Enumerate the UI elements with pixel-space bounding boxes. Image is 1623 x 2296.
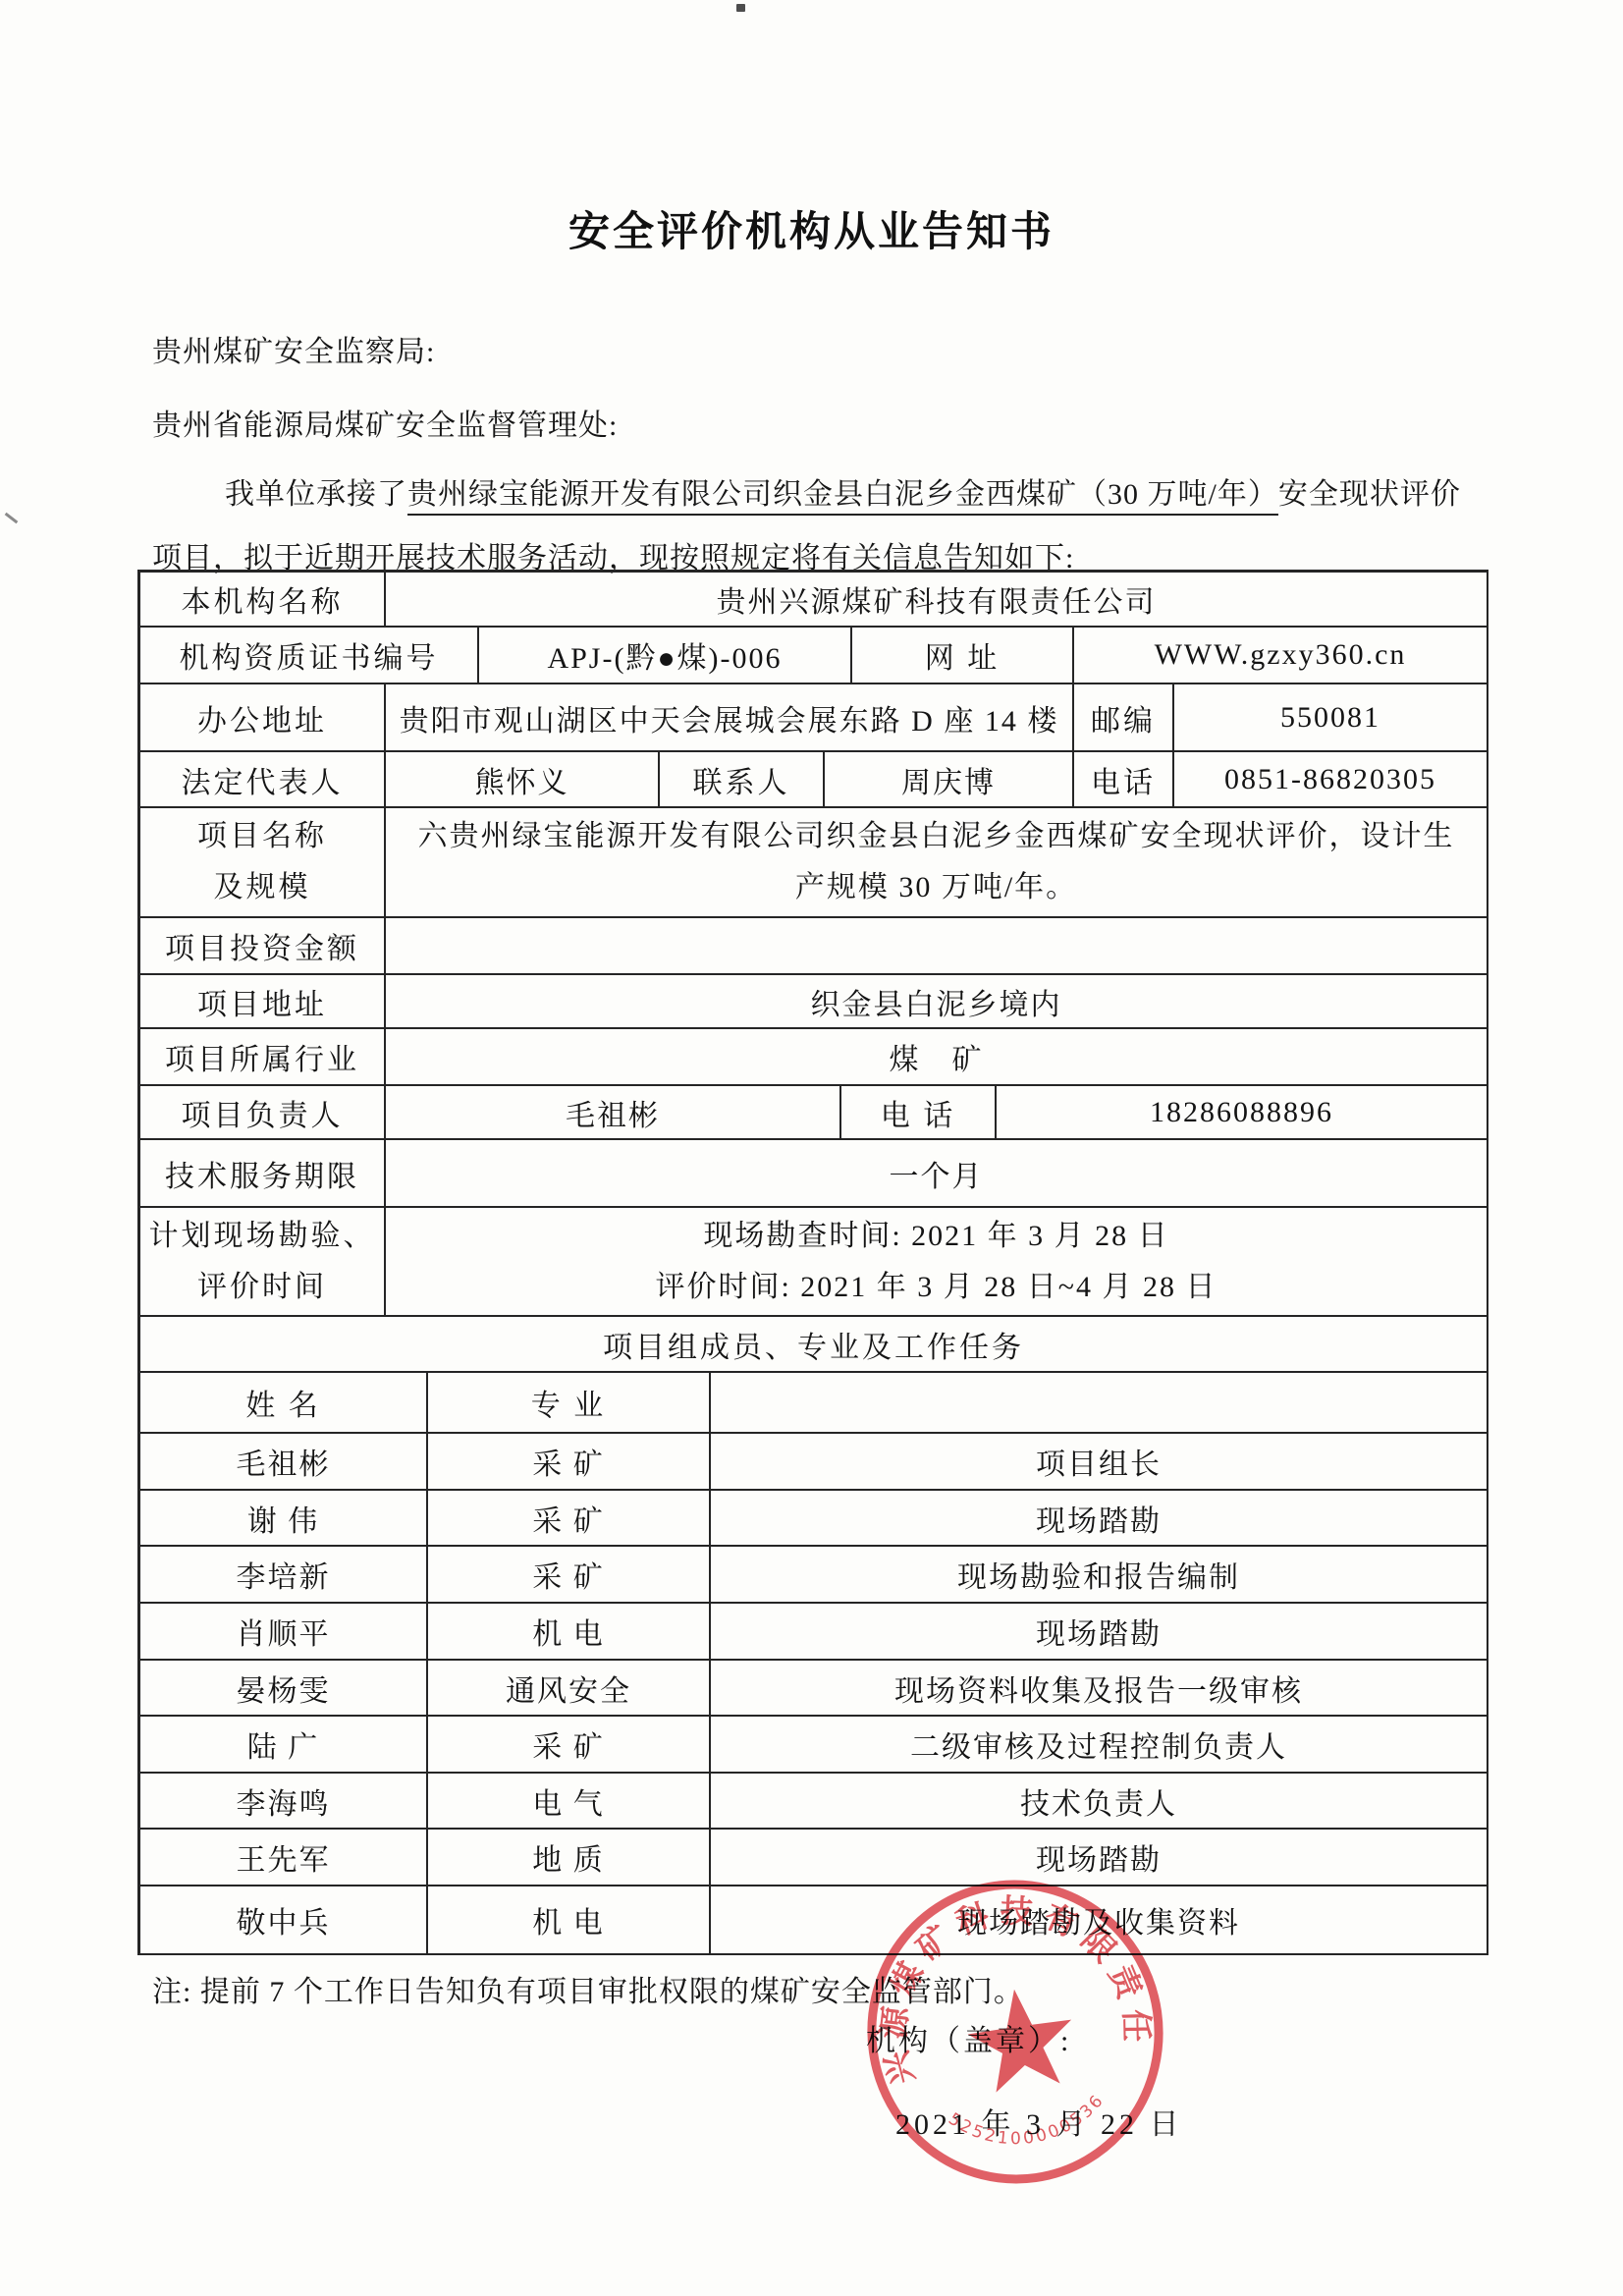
cell-legal-value: 熊怀义 — [386, 752, 660, 808]
cell-zip-value: 550081 — [1174, 684, 1488, 752]
intro-suffix: 安全现状评价 — [1278, 478, 1461, 511]
scanned-document: { "doc": { "title": "安全评价机构从业告知书", "reci… — [0, 0, 1623, 2296]
project-label-line1: 项目名称 — [197, 811, 327, 862]
cell-project-address-value: 织金县白泥乡境内 — [386, 975, 1488, 1029]
cell-service-term-value: 一个月 — [386, 1140, 1488, 1208]
company-seal-stamp: 贵州兴源煤矿科技有限责任公司 5252100000536 — [862, 1874, 1168, 2190]
member-name: 陆 广 — [140, 1717, 428, 1774]
member-major: 机 电 — [428, 1604, 711, 1661]
member-major: 机 电 — [428, 1886, 711, 1955]
cell-project-address-label: 项目地址 — [140, 975, 386, 1029]
member-name: 毛祖彬 — [140, 1434, 428, 1491]
member-major: 地 质 — [428, 1830, 711, 1886]
cell-industry-value: 煤 矿 — [386, 1029, 1488, 1086]
cell-service-term-label: 技术服务期限 — [140, 1140, 386, 1208]
plan-label-line2: 评价时间 — [197, 1262, 327, 1313]
member-task: 现场勘验和报告编制 — [711, 1547, 1488, 1604]
member-name: 王先军 — [140, 1830, 428, 1886]
cell-investment-label: 项目投资金额 — [140, 918, 386, 975]
cell-cert-value: APJ-(黔●煤)-006 — [479, 628, 852, 684]
cell-leader-value: 毛祖彬 — [386, 1086, 841, 1140]
plan-label-line1: 计划现场勘验、 — [149, 1211, 376, 1262]
cell-contact-value: 周庆博 — [825, 752, 1074, 808]
member-major: 采 矿 — [428, 1717, 711, 1774]
document-title: 安全评价机构从业告知书 — [0, 199, 1623, 258]
cell-website-label: 网 址 — [852, 628, 1074, 684]
project-value-line2: 产规模 30 万吨/年。 — [795, 862, 1077, 913]
recipient-line-2: 贵州省能源局煤矿安全监督管理处: — [152, 401, 618, 444]
cell-team-section-header: 项目组成员、专业及工作任务 — [140, 1317, 1488, 1373]
svg-text:5252100000536: 5252100000536 — [943, 2088, 1113, 2159]
member-name: 敬中兵 — [140, 1886, 428, 1955]
cell-office-label: 办公地址 — [140, 684, 386, 752]
seal-star-icon — [962, 1982, 1080, 2095]
cell-org-name-value: 贵州兴源煤矿科技有限责任公司 — [386, 573, 1488, 628]
member-major: 采 矿 — [428, 1434, 711, 1491]
member-task: 二级审核及过程控制负责人 — [711, 1717, 1488, 1774]
recipient-line-1: 贵州煤矿安全监察局: — [152, 327, 435, 370]
cell-legal-label: 法定代表人 — [140, 752, 386, 808]
cell-industry-label: 项目所属行业 — [140, 1029, 386, 1086]
member-major: 采 矿 — [428, 1491, 711, 1547]
cell-header-major: 专 业 — [428, 1373, 711, 1434]
member-name: 晏杨雯 — [140, 1661, 428, 1717]
project-label-line2: 及规模 — [214, 862, 311, 913]
scan-artifact-left-margin — [5, 513, 19, 524]
cell-zip-label: 邮编 — [1074, 684, 1174, 752]
plan-value-line1: 现场勘查时间: 2021 年 3 月 28 日 — [703, 1211, 1168, 1262]
cell-leader-tel-label: 电 话 — [841, 1086, 997, 1140]
member-name: 李海鸣 — [140, 1774, 428, 1830]
member-task: 技术负责人 — [711, 1774, 1488, 1830]
member-task: 现场踏勘 — [711, 1604, 1488, 1661]
member-major: 采 矿 — [428, 1547, 711, 1604]
project-value-line1: 六贵州绿宝能源开发有限公司织金县白泥乡金西煤矿安全现状评价，设计生 — [418, 811, 1455, 862]
member-task: 项目组长 — [711, 1434, 1488, 1491]
intro-underlined-project: 贵州绿宝能源开发有限公司织金县白泥乡金西煤矿（30 万吨/年） — [407, 478, 1278, 516]
cell-tel-value: 0851-86820305 — [1174, 752, 1488, 808]
member-task: 现场踏勘 — [711, 1491, 1488, 1547]
member-major: 电 气 — [428, 1774, 711, 1830]
plan-value-line2: 评价时间: 2021 年 3 月 28 日~4 月 28 日 — [655, 1262, 1217, 1313]
member-major: 通风安全 — [428, 1661, 711, 1717]
cell-plan-time-value: 现场勘查时间: 2021 年 3 月 28 日 评价时间: 2021 年 3 月… — [386, 1208, 1488, 1317]
cell-office-value: 贵阳市观山湖区中天会展城会展东路 D 座 14 楼 — [386, 684, 1074, 752]
cell-project-label: 项目名称 及规模 — [140, 808, 386, 918]
member-name: 肖顺平 — [140, 1604, 428, 1661]
intro-prefix: 我单位承接了 — [225, 478, 407, 511]
cell-cert-label: 机构资质证书编号 — [140, 628, 479, 684]
cell-org-name-label: 本机构名称 — [140, 573, 386, 628]
cell-contact-label: 联系人 — [660, 752, 825, 808]
cell-website-value: WWW.gzxy360.cn — [1074, 628, 1488, 684]
member-name: 李培新 — [140, 1547, 428, 1604]
scan-artifact-top-edge — [736, 4, 745, 12]
cell-investment-value — [386, 918, 1488, 975]
member-task: 现场资料收集及报告一级审核 — [711, 1661, 1488, 1717]
seal-code-digits: 5252100000536 — [943, 2088, 1113, 2159]
intro-line-1: 我单位承接了贵州绿宝能源开发有限公司织金县白泥乡金西煤矿（30 万吨/年）安全现… — [225, 469, 1461, 513]
cell-header-task — [711, 1373, 1488, 1434]
cell-project-value: 六贵州绿宝能源开发有限公司织金县白泥乡金西煤矿安全现状评价，设计生 产规模 30… — [386, 808, 1488, 918]
cell-header-name: 姓 名 — [140, 1373, 428, 1434]
member-name: 谢 伟 — [140, 1491, 428, 1547]
cell-leader-tel-value: 18286088896 — [997, 1086, 1488, 1140]
cell-leader-label: 项目负责人 — [140, 1086, 386, 1140]
cell-tel-label: 电话 — [1074, 752, 1174, 808]
cell-plan-time-label: 计划现场勘验、 评价时间 — [140, 1208, 386, 1317]
notice-form-table: 本机构名称 贵州兴源煤矿科技有限责任公司 机构资质证书编号 APJ-(黔●煤)-… — [137, 570, 1488, 1955]
